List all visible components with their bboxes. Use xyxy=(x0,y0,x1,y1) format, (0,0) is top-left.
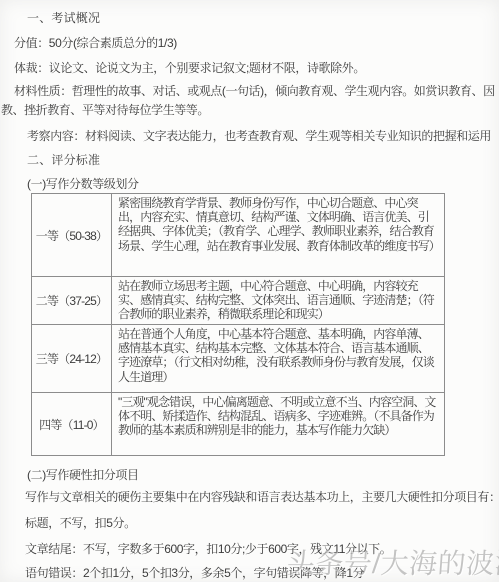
table-row: 三等（24-12） 站在普通个人角度，中心基本符合题意、基本明确，内容单薄、感情… xyxy=(32,324,444,392)
grade-cell: 二等（37-25） xyxy=(32,277,112,324)
grade-cell: 一等（50-38） xyxy=(32,194,112,276)
toutiao-watermark: 头条号/大海的波涛 xyxy=(286,542,499,582)
table-row: 一等（50-38） 紧密围绕教育学背景、教师身份写作，中心切合题意、中心突出，内… xyxy=(32,194,444,276)
table-row: 二等（37-25） 站在教师立场思考主题，中心符合题意、中心明确，内容较充实、感… xyxy=(32,276,444,324)
exam-score-line: 分值：50分(综合素质总分的1/3) xyxy=(14,34,177,51)
deduction-intro-line: 写作与文章相关的硬伤主要集中在内容残缺和语言表达基本功上，主要几大硬性扣分项目有… xyxy=(25,488,499,505)
section-heading-exam-overview: 一、考试概况 xyxy=(27,9,100,26)
grade-cell: 四等（11-0） xyxy=(32,393,112,455)
grade-cell: 三等（24-12） xyxy=(32,325,112,392)
grading-table: 一等（50-38） 紧密围绕教育学背景、教师身份写作，中心切合题意、中心突出，内… xyxy=(31,193,445,456)
exam-material-paragraph: 材料性质：哲理性的故事、对话、或观点(一句话)，倾向教育观、学生观内容。如赏识教… xyxy=(1,82,499,119)
subheading-grade-division: (一)写作分数等级划分 xyxy=(27,175,139,192)
grade-description-cell: "三观"观念错误，中心偏离题意、不明或立意不当、内容空洞、文体不明、矫揉造作、结… xyxy=(112,393,444,455)
section-heading-scoring: 二、评分标准 xyxy=(27,151,100,168)
grade-description-cell: 站在教师立场思考主题，中心符合题意、中心明确，内容较充实、感情真实、结构完整、文… xyxy=(112,277,444,324)
grade-description-cell: 紧密围绕教育学背景、教师身份写作，中心切合题意、中心突出，内容充实、情真意切、结… xyxy=(112,194,444,276)
table-row: 四等（11-0） "三观"观念错误，中心偏离题意、不明或立意不当、内容空洞、文体… xyxy=(32,392,444,455)
subheading-hard-deductions: (二)写作硬性扣分项目 xyxy=(27,466,139,483)
deduction-title-line: 标题，不写，扣5分。 xyxy=(25,514,136,531)
grade-description-cell: 站在普通个人角度，中心基本符合题意、基本明确，内容单薄、感情基本真实、结构基本完… xyxy=(112,325,444,392)
document-page: 一、考试概况 分值：50分(综合素质总分的1/3) 体裁：议论文、论说文为主，个… xyxy=(0,0,499,582)
exam-genre-line: 体裁：议论文、论说文为主，个别要求记叙文;题材不限，诗歌除外。 xyxy=(14,59,365,76)
exam-content-line: 考察内容：材料阅读、文字表达能力，也考查教育观、学生观等相关专业知识的把握和运用 xyxy=(27,127,491,144)
